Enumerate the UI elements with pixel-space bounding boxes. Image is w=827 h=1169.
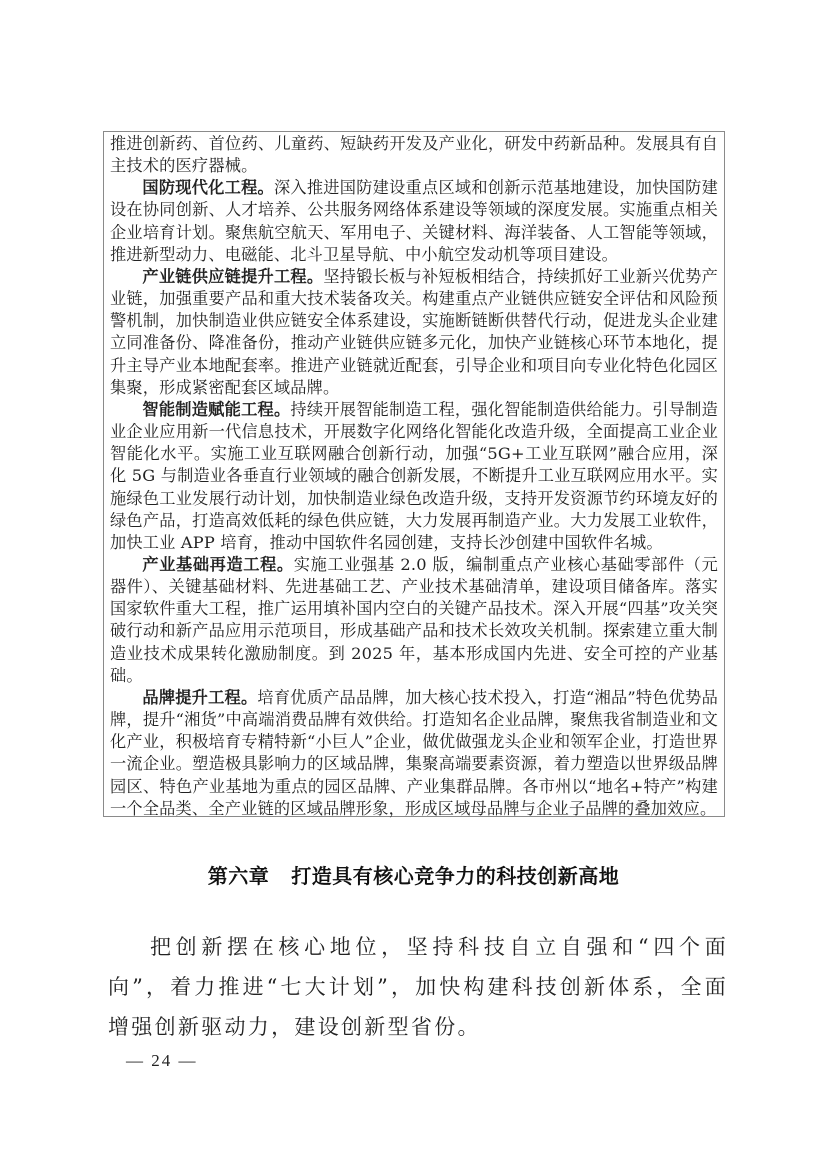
chapter-title: 打造具有核心竞争力的科技创新高地 — [291, 864, 619, 888]
box-paragraph-industrial-base: 产业基础再造工程。实施工业强基 2.0 版，编制重点产业核心基础零部件（元器件）… — [110, 554, 718, 687]
box-paragraph-defense: 国防现代化工程。深入推进国防建设重点区域和创新示范基地建设，加快国防建设在协同创… — [110, 177, 718, 266]
box-paragraph-supply-chain: 产业链供应链提升工程。坚持锻长板与补短板相结合，持续抓好工业新兴优势产业链，加强… — [110, 266, 718, 399]
project-box: 推进创新药、首位药、儿童药、短缺药开发及产业化，研发中药新品种。发展具有自主技术… — [103, 131, 725, 817]
paragraph-text: 持续开展智能制造工程，强化智能制造供给能力。引导制造业企业应用新一代信息技术，开… — [110, 400, 718, 552]
paragraph-heading: 国防现代化工程。 — [142, 178, 274, 197]
body-text: 把创新摆在核心地位，坚持科技自立自强和“四个面向”，着力推进“七大计划”，加快构… — [108, 927, 728, 1047]
paragraph-text: 推进创新药、首位药、儿童药、短缺药开发及产业化，研发中药新品种。发展具有自主技术… — [110, 134, 718, 175]
paragraph-heading: 产业基础再造工程。 — [142, 555, 293, 574]
page-number: — 24 — — [126, 1051, 198, 1071]
chapter-number: 第六章 — [208, 864, 270, 888]
paragraph-heading: 产业链供应链提升工程。 — [142, 267, 323, 286]
chapter-heading: 第六章打造具有核心竞争力的科技创新高地 — [0, 860, 827, 889]
box-paragraph-brand: 品牌提升工程。培育优质产品品牌，加大核心技术投入，打造“湘品”特色优势品牌，提升… — [110, 687, 718, 820]
box-paragraph-continued: 推进创新药、首位药、儿童药、短缺药开发及产业化，研发中药新品种。发展具有自主技术… — [110, 133, 718, 177]
paragraph-text: 坚持锻长板与补短板相结合，持续抓好工业新兴优势产业链，加强重要产品和重大技术装备… — [110, 267, 718, 397]
box-paragraph-smart-manufacturing: 智能制造赋能工程。持续开展智能制造工程，强化智能制造供给能力。引导制造业企业应用… — [110, 399, 718, 554]
body-paragraph: 把创新摆在核心地位，坚持科技自立自强和“四个面向”，着力推进“七大计划”，加快构… — [108, 927, 728, 1047]
paragraph-text: 实施工业强基 2.0 版，编制重点产业核心基础零部件（元器件）、关键基础材料、先… — [110, 555, 718, 685]
paragraph-heading: 品牌提升工程。 — [142, 688, 257, 707]
paragraph-text: 培育优质产品品牌，加大核心技术投入，打造“湘品”特色优势品牌，提升“湘货”中高端… — [110, 688, 718, 818]
paragraph-heading: 智能制造赋能工程。 — [142, 400, 290, 419]
